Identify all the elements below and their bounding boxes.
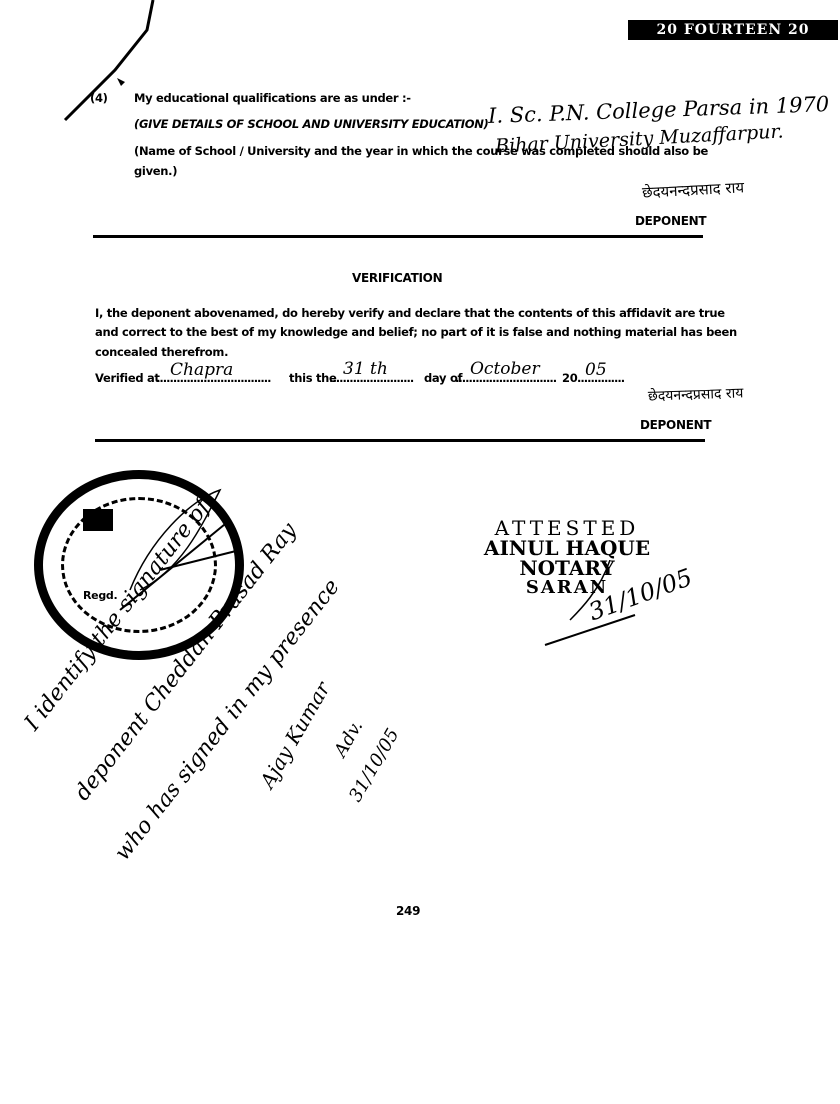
deponent-signature-1: छेदयनन्दप्रसाद राय xyxy=(642,177,745,202)
year-prefix: 20 xyxy=(562,371,577,385)
deponent-label-1: DEPONENT xyxy=(635,214,706,228)
verified-at-label: Verified at xyxy=(95,371,160,385)
deponent-label-2: DEPONENT xyxy=(640,418,711,432)
day-value: 31 th xyxy=(343,359,388,379)
year-value: 05 xyxy=(585,360,607,380)
month-value: October xyxy=(470,359,540,379)
verification-body-line-3: concealed therefrom. xyxy=(95,345,228,359)
verification-body-line-2: and correct to the best of my knowledge … xyxy=(95,325,737,339)
verification-heading: VERIFICATION xyxy=(352,271,442,285)
advocate-designation: Adv. xyxy=(330,717,367,761)
verified-at-value: Chapra xyxy=(170,360,233,380)
section-title: My educational qualifications are as und… xyxy=(134,91,411,105)
instruction-caps: (GIVE DETAILS OF SCHOOL AND UNIVERSITY E… xyxy=(134,117,488,131)
deponent-signature-2: छेदयनन्दप्रसाद राय xyxy=(648,383,744,405)
page-number: 249 xyxy=(396,904,420,918)
verification-body-line-1: I, the deponent abovenamed, do hereby ve… xyxy=(95,306,725,320)
divider-rule-2 xyxy=(95,439,705,442)
notary-attested: ATTESTED xyxy=(462,518,672,538)
divider-rule-1 xyxy=(93,235,703,238)
instruction-line-2: given.) xyxy=(134,164,177,178)
section-number: (4) xyxy=(90,91,108,105)
header-stamp: 20 FOURTEEN 20 xyxy=(628,20,838,40)
notary-name: AINUL HAQUE xyxy=(462,538,672,558)
